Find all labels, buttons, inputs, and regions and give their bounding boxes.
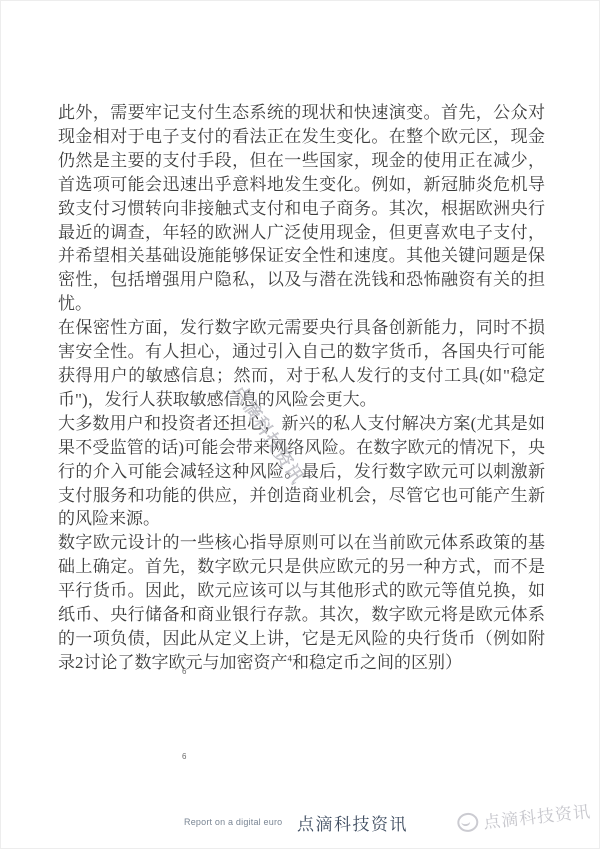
paragraph-core-principles: 数字欧元设计的一些核心指导原则可以在当前欧元体系政策的基础上确定。首先，数字欧元…	[58, 531, 545, 674]
paragraph-core-principles-text: 数字欧元设计的一些核心指导原则可以在当前欧元体系政策的基础上确定。首先，数字欧元…	[58, 533, 545, 672]
corner-watermark: 点滴科技资讯	[456, 797, 592, 836]
footer-brand-name: 点滴科技资讯	[297, 810, 408, 835]
footer-report-title: Report on a digital euro	[184, 817, 282, 827]
paragraph-payment-ecosystem: 此外，需要牢记支付生态系统的现状和快速演变。首先，公众对现金相对于电子支付的看法…	[58, 101, 545, 316]
footnote-marker-upper: 6	[182, 667, 186, 676]
paragraph-core-principles-tail: 和稳定币之间的区别）	[292, 653, 462, 672]
document-page: 此外，需要牢记支付生态系统的现状和快速演变。首先，公众对现金相对于电子支付的看法…	[0, 0, 600, 849]
watermark-logo-icon	[456, 812, 479, 833]
corner-watermark-text: 点滴科技资讯	[482, 797, 592, 833]
footnote-marker-lower: 6	[182, 752, 186, 761]
document-body-text: 此外，需要牢记支付生态系统的现状和快速演变。首先，公众对现金相对于电子支付的看法…	[58, 101, 545, 675]
paragraph-cyber-risk: 大多数用户和投资者还担心，新兴的私人支付解决方案(尤其是如果不受监管的话)可能会…	[58, 412, 545, 532]
paragraph-confidentiality: 在保密性方面，发行数字欧元需要央行具备创新能力，同时不损害安全性。有人担心，通过…	[58, 316, 545, 412]
